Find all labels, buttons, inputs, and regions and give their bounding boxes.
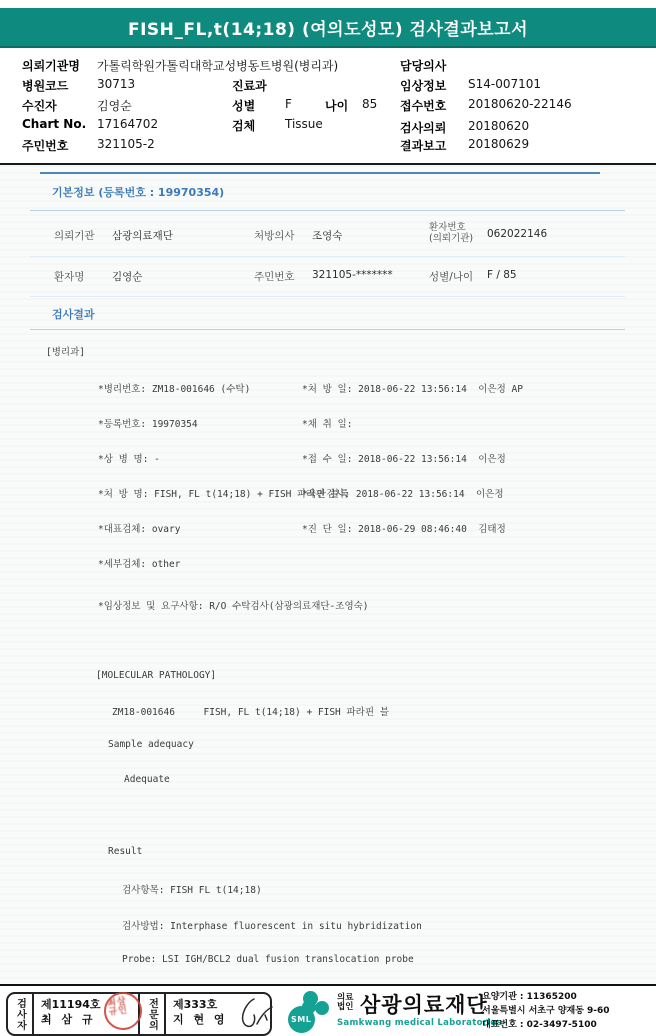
field-label-hospital-code: 병원코드: [22, 77, 68, 94]
basic-label-referrer: 의뢰기관: [54, 228, 95, 243]
basic-label-patient-no: 환자번호(의뢰기관): [429, 222, 473, 244]
specialist-role-label: 전문의: [138, 994, 166, 1034]
divider: [30, 256, 625, 257]
section-title-basic-info: 기본정보 (등록번호 : 19970354): [52, 184, 224, 200]
field-value-age: 85: [362, 97, 377, 111]
report-title-bar: FISH_FL,t(14;18) (여의도성모) 검사결과보고서: [0, 8, 656, 48]
detail-collection-date: *채 취 일:: [302, 416, 352, 430]
basic-value-patient-no: 062022146: [487, 228, 547, 240]
examiner-role-label: 검사자: [8, 994, 34, 1034]
field-label-accession-no: 접수번호: [400, 97, 446, 114]
field-value-accession-no: 20180620-22146: [468, 97, 572, 111]
field-value-resident-no: 321105-2: [97, 137, 155, 151]
field-label-age: 나이: [325, 97, 348, 114]
detail-pathology-no: *병리번호: ZM18-001646 (수탁): [98, 381, 250, 395]
sml-logo-text: SML: [291, 1015, 311, 1024]
molecular-probe: Probe: LSI IGH/BCL2 dual fusion transloc…: [122, 954, 414, 965]
report-title: FISH_FL,t(14;18) (여의도성모) 검사결과보고서: [128, 15, 528, 40]
detail-sub-specimen: *세부검체: other: [98, 556, 180, 570]
field-value-test-requested: 20180620: [468, 119, 529, 133]
scanned-report-area: [0, 165, 656, 984]
field-value-hospital-code: 30713: [97, 77, 135, 91]
field-label-clinical-info: 임상정보: [400, 77, 446, 94]
basic-value-prescribing-doctor: 조영숙: [312, 228, 342, 243]
contact-address: 서울특별시 서초구 양재동 9-60: [482, 1004, 610, 1018]
org-name: 삼광의료재단: [360, 989, 488, 1019]
molecular-section-header: [MOLECULAR PATHOLOGY]: [96, 670, 216, 681]
divider: [30, 329, 625, 330]
signature-box: 검사자 제11194호 최 삼 규 전문의 제333호 지 현 영 최삼규인: [6, 992, 272, 1036]
detail-main-specimen: *대표검체: ovary: [98, 521, 180, 535]
field-value-referring-org: 가톨릭학원가톨릭대학교성병동트병원(병리과): [97, 57, 338, 74]
field-label-resident-no: 주민번호: [22, 137, 68, 154]
detail-diagnosis-name: *상 병 명: -: [98, 451, 160, 465]
org-prefix: 의료 법인: [337, 994, 353, 1012]
detail-diagnosis-date: *진 단 일: 2018-06-29 08:46:40 김태정: [302, 521, 506, 535]
section-title-results: 검사결과: [52, 306, 95, 322]
basic-value-patient-name: 김영순: [112, 269, 142, 284]
field-label-test-requested: 검사의뢰: [400, 119, 446, 136]
org-name-english: Samkwang medical Laboratories: [337, 1018, 502, 1028]
contact-care-org-no: 요양기관 : 11365200: [482, 990, 610, 1004]
field-label-sex: 성별: [232, 97, 255, 114]
contact-phone: 대표번호 : 02-3497-5100: [482, 1018, 610, 1032]
field-label-referring-org: 의뢰기관명: [22, 57, 80, 74]
divider: [30, 296, 625, 297]
basic-label-resident-no: 주민번호: [254, 269, 295, 284]
field-label-patient: 수진자: [22, 97, 57, 114]
molecular-sample-adequacy-label: Sample adequacy: [108, 739, 194, 750]
field-value-result-reported: 20180629: [468, 137, 529, 151]
field-label-chart-no: Chart No.: [22, 117, 86, 131]
field-value-sex: F: [285, 97, 292, 111]
basic-label-sex-age: 성별/나이: [429, 269, 473, 284]
field-value-chart-no: 17164702: [97, 117, 158, 131]
molecular-sample-adequacy-value: Adequate: [124, 774, 170, 785]
field-label-specimen: 검체: [232, 117, 255, 134]
molecular-test-method: 검사방법: Interphase fluorescent in situ hyb…: [122, 918, 422, 932]
basic-label-patient-name: 환자명: [54, 269, 84, 284]
detail-receipt-date: *접 수 일: 2018-06-22 13:56:14 이은정: [302, 451, 506, 465]
detail-registration-no: *등록번호: 19970354: [98, 416, 198, 430]
detail-gross-exam: *육안검사: 2018-06-22 13:56:14 이은정: [302, 486, 504, 500]
report-top-border-line: [40, 172, 600, 174]
basic-label-prescribing-doctor: 처방의사: [254, 228, 295, 243]
basic-value-referrer: 삼광의료재단: [112, 228, 173, 243]
basic-value-resident-no: 321105-*******: [312, 269, 393, 281]
detail-prescription-date: *처 방 일: 2018-06-22 13:56:14 이은정 AP: [302, 381, 523, 395]
field-value-clinical-info: S14-007101: [468, 77, 541, 91]
specialist-signature-icon: [230, 996, 276, 1036]
field-value-patient: 김영순: [97, 97, 132, 114]
molecular-test-item: 검사항목: FISH FL t(14;18): [122, 882, 262, 896]
molecular-result-label: Result: [108, 846, 142, 857]
basic-value-sex-age: F / 85: [487, 269, 517, 281]
field-label-department: 진료과: [232, 77, 267, 94]
report-footer: 검사자 제11194호 최 삼 규 전문의 제333호 지 현 영 최삼규인 S…: [0, 984, 656, 1036]
lab-report-page: FISH_FL,t(14;18) (여의도성모) 검사결과보고서 의뢰기관명 가…: [0, 0, 656, 1036]
sml-logo-icon: SML: [288, 990, 334, 1036]
field-label-attending-doctor: 담당의사: [400, 57, 446, 74]
detail-clinical-request: *임상정보 및 요구사항: R/O 수탁검사(삼광의료재단-조영숙): [98, 598, 369, 612]
field-label-result-reported: 결과보고: [400, 137, 446, 154]
org-contact-block: 요양기관 : 11365200 서울특별시 서초구 양재동 9-60 대표번호 …: [482, 990, 610, 1032]
field-value-specimen: Tissue: [285, 117, 323, 131]
molecular-order-line: ZM18-001646 FISH, FL t(14;18) + FISH 파라핀…: [112, 704, 389, 718]
results-department: [병리과]: [46, 344, 85, 358]
divider: [30, 210, 625, 211]
examiner-seal-stamp-icon: 최삼규인: [104, 992, 142, 1030]
